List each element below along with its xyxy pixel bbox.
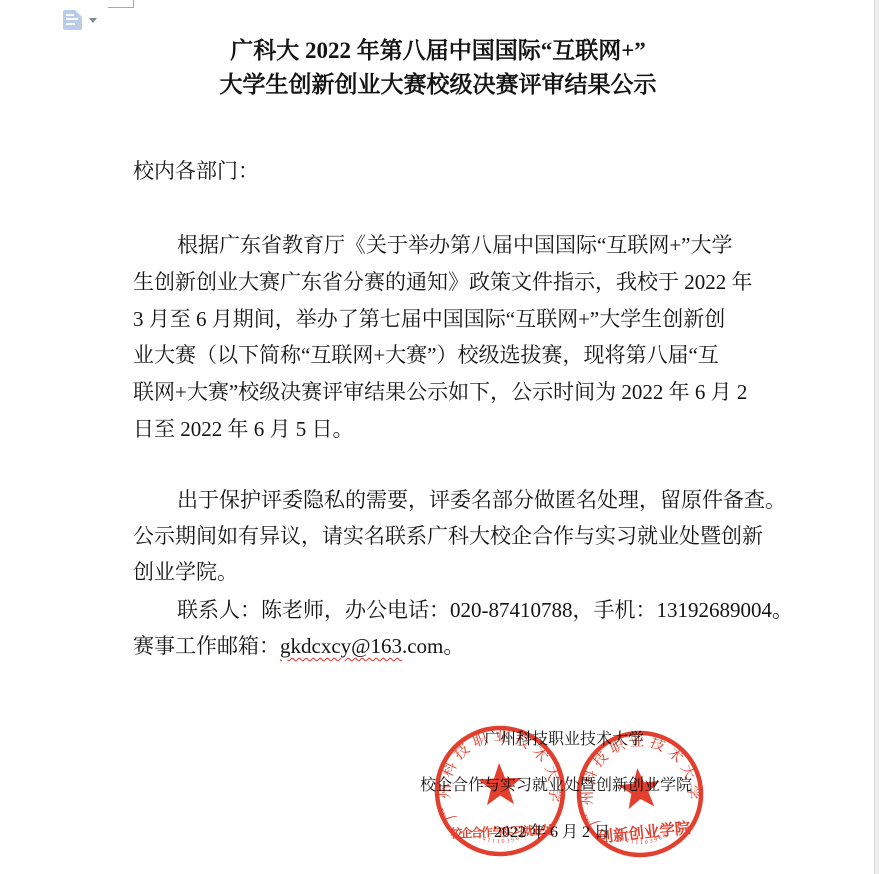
- paragraph-policy: 根据广东省教育厅《关于举办第八届中国国际“互联网+”大学 生创新创业大赛广东省分…: [133, 227, 751, 448]
- paragraph-contact: 联系人：陈老师，办公电话：020-87410788，手机：13192689004…: [133, 592, 751, 664]
- email-period: 。: [443, 634, 464, 658]
- title-line-2: 大学生创新创业大赛校级决赛评审结果公示: [0, 68, 876, 102]
- text-line: 生创新创业大赛广东省分赛的通知》政策文件指示，我校于 2022 年: [133, 264, 751, 301]
- margin-corner-mark: [108, 0, 134, 8]
- official-seal-right: 广州科技职业技术大学 创新创业学院 4411103960: [567, 719, 712, 868]
- text-line: 创业学院。: [133, 554, 751, 590]
- email-label: 赛事工作邮箱：: [133, 634, 280, 658]
- email-domain-rest: .com: [402, 634, 443, 658]
- paste-options-button[interactable]: [60, 7, 104, 33]
- star-icon: [477, 762, 522, 805]
- paragraph-privacy: 出于保护评委隐私的需要，评委名部分做匿名处理，留原件备查。 公示期间如有异议，请…: [133, 482, 751, 590]
- salutation: 校内各部门：: [133, 156, 259, 186]
- contact-email-line: 赛事工作邮箱：gkdcxcy@163.com。: [133, 628, 751, 664]
- document-title: 广科大 2022 年第八届中国国际“互联网+” 大学生创新创业大赛校级决赛评审结…: [0, 34, 876, 102]
- text-line: 日至 2022 年 6 月 5 日。: [133, 411, 751, 448]
- page-edge-strip: [874, 0, 879, 874]
- official-seal-left: 广州科技职业技术大学 校企合作与实习就业处 4411103960: [430, 718, 571, 865]
- text-line: 3 月至 6 月期间，举办了第七届中国国际“互联网+”大学生创新创: [133, 301, 751, 338]
- text-line: 联网+大赛”校级决赛评审结果公示如下，公示时间为 2022 年 6 月 2: [133, 374, 751, 411]
- document-page: 广科大 2022 年第八届中国国际“互联网+” 大学生创新创业大赛校级决赛评审结…: [0, 0, 879, 874]
- text-line: 出于保护评委隐私的需要，评委名部分做匿名处理，留原件备查。: [133, 482, 751, 518]
- text-line: 根据广东省教育厅《关于举办第八届中国国际“互联网+”大学: [133, 227, 751, 264]
- star-icon: [616, 766, 662, 810]
- title-line-1: 广科大 2022 年第八届中国国际“互联网+”: [0, 34, 876, 68]
- email-address: gkdcxcy@163: [280, 634, 402, 658]
- text-line: 公示期间如有异议，请实名联系广科大校企合作与实习就业处暨创新: [133, 518, 751, 554]
- chevron-down-icon: [89, 18, 97, 23]
- paste-document-icon: [63, 10, 82, 30]
- text-line: 业大赛（以下简称“互联网+大赛”）校级选拔赛，现将第八届“互: [133, 337, 751, 374]
- contact-line: 联系人：陈老师，办公电话：020-87410788，手机：13192689004…: [133, 592, 751, 628]
